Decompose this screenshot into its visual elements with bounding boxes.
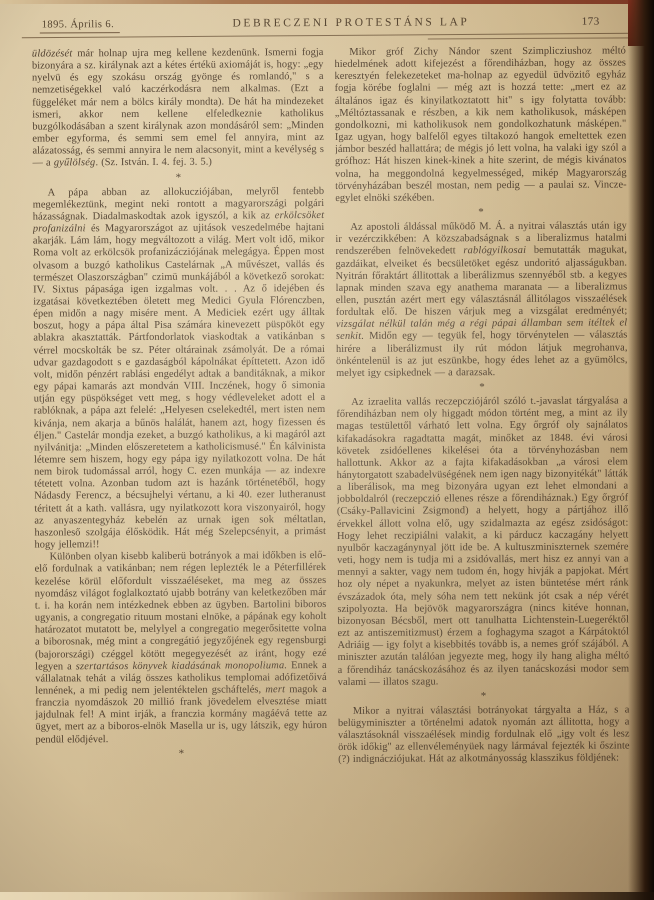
- text-columns: üldözését már holnap ujra meg kellene ke…: [0, 38, 654, 886]
- masthead: 1895. Április 6. DEBRECZENI PROTESTÁNS L…: [0, 0, 652, 37]
- paragraph: Különben olyan kisebb kaliberü botrányok…: [35, 550, 328, 746]
- section-separator: *: [33, 171, 325, 185]
- scan-top-edge: [0, 0, 654, 4]
- paragraph: Az izraelita vallás reczepcziójáról szól…: [336, 395, 629, 688]
- left-column: üldözését már holnap ujra meg kellene ke…: [32, 47, 328, 887]
- scan-bottom-edge: [0, 892, 654, 900]
- paragraph: üldözését már holnap ujra meg kellene ke…: [32, 47, 324, 170]
- book-binding-edge: [628, 0, 654, 900]
- section-separator: *: [338, 689, 630, 703]
- paragraph: Mikor a nyitrai választási botrányokat t…: [338, 704, 630, 766]
- scanned-page: 1895. Április 6. DEBRECZENI PROTESTÁNS L…: [0, 0, 654, 900]
- page-content: 1895. Április 6. DEBRECZENI PROTESTÁNS L…: [0, 0, 654, 900]
- paragraph: Az apostoli áldással működő M. Á. a nyit…: [335, 220, 627, 380]
- journal-title: DEBRECZENI PROTESTÁNS LAP: [120, 16, 582, 30]
- section-separator: *: [335, 205, 627, 219]
- section-separator: *: [36, 747, 328, 761]
- paragraph: A pápa abban az allokucziójában, melyről…: [33, 186, 326, 552]
- section-separator: *: [336, 380, 628, 394]
- issue-date: 1895. Április 6.: [40, 19, 120, 33]
- page-number: 173: [582, 15, 618, 27]
- paragraph: Mikor gróf Zichy Nándor szent Szimpliczi…: [334, 45, 626, 205]
- right-column: Mikor gróf Zichy Nándor szent Szimpliczi…: [334, 45, 630, 885]
